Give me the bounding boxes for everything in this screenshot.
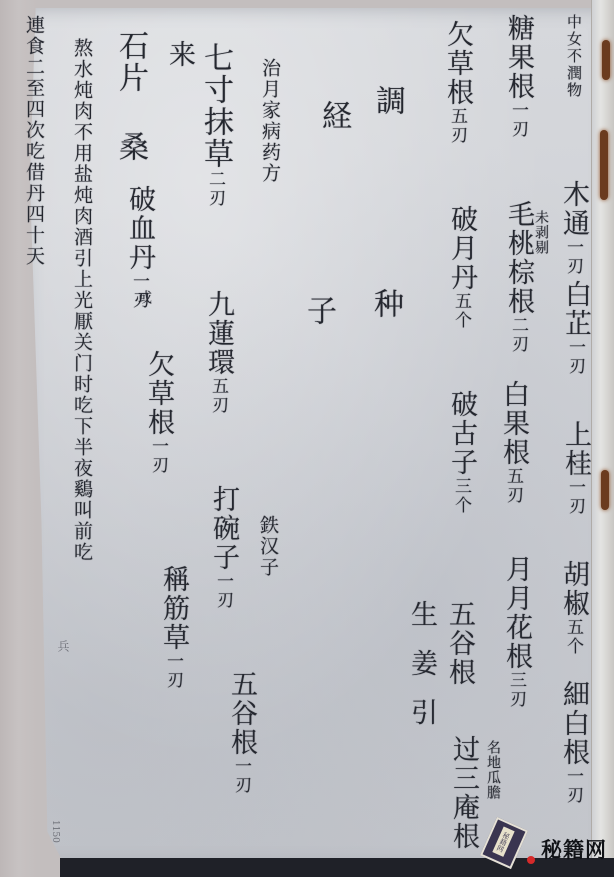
herb-dose: 一刃 — [565, 338, 585, 376]
herb-entry: 木通一刃 — [560, 180, 587, 276]
herb-name: 胡椒 — [558, 560, 589, 618]
herb-name: 毛桃棕根 — [503, 200, 534, 316]
rust-stain — [601, 470, 609, 510]
herb-dose: 一刃 — [563, 767, 583, 805]
herb-entry: 細白根一刃 — [560, 680, 587, 805]
herb-entry: 来 — [166, 40, 193, 69]
herb-entry: 糖果根一刃 — [505, 14, 532, 139]
herb-entry: 破古子三个 — [448, 390, 475, 515]
herb-dose: 五个 — [563, 618, 583, 656]
herb-name: 五谷根 — [444, 600, 475, 687]
page-number-mark: 1150 — [50, 820, 60, 843]
herb-name: 七寸抹草 — [198, 42, 233, 170]
herb-dose: 五刃 — [447, 107, 467, 145]
herb-name: 五谷根 — [226, 670, 257, 757]
herb-entry: 九蓮環五刃 — [205, 290, 232, 415]
herb-entry: 上桂一刃 — [562, 420, 589, 516]
herb-dose: 五个 — [451, 292, 471, 330]
herb-name: 木通 — [558, 180, 589, 238]
herb-entry: 破月丹五个 — [448, 205, 475, 330]
herb-dose: 三个 — [451, 477, 471, 515]
herb-entry: 欠草根五刃 — [444, 20, 471, 145]
herb-dose: 一刃 — [565, 478, 585, 516]
margin-mark: 兵 — [55, 640, 72, 652]
herb-name: 白芷 — [560, 280, 591, 338]
preparation-instructions: 熬水炖肉不用盐炖肉酒引上光厭关门时吃下半夜鷄叫前吃 — [72, 38, 91, 563]
herb-name: 細白根 — [558, 680, 589, 767]
herb-dose: 一刃 — [163, 652, 183, 690]
herb-name: 九蓮環 — [203, 290, 234, 377]
herb-entry: 月月花根三刃 — [503, 555, 530, 709]
herb-dose: 一刃 — [148, 437, 168, 475]
herb-entry: 毛桃棕根二刃 — [505, 200, 532, 354]
rust-stain — [602, 40, 610, 80]
herb-entry: 五谷根一刃 — [228, 670, 255, 795]
herb-annotation: 鉄汉子 — [258, 515, 277, 578]
herb-dose: 一刃 — [231, 757, 251, 795]
herb-name: 月月花根 — [501, 555, 532, 671]
herb-entry: 白芷一刃 — [562, 280, 589, 376]
title-label-left: 経 — [318, 100, 348, 132]
herb-entry: 欠草根一刃 — [145, 350, 172, 475]
site-watermark: 秘籍网 秘籍网 — [487, 828, 607, 864]
herb-entry: 打碗子一刃 — [210, 485, 237, 610]
title-middle-left: 子 — [303, 295, 333, 327]
herb-dose: 二刃 — [508, 316, 528, 354]
herb-name: 打碗子 — [208, 485, 239, 572]
herb-entry-ginger-guide: 生姜引 — [408, 600, 435, 747]
watermark-text: 秘籍网 — [541, 834, 607, 864]
herb-name: 破古子 — [446, 390, 477, 477]
herb-dose: 一刃 — [213, 572, 233, 610]
herb-name: 过三庵根 — [448, 735, 479, 851]
herb-entry: 过三庵根 — [450, 735, 477, 851]
herb-annotation: 未剥剔 — [534, 210, 548, 255]
herb-annotation: 或 — [137, 290, 151, 305]
red-seal-icon — [527, 856, 535, 864]
herb-name: 欠草根 — [442, 20, 473, 107]
title-middle-right: 种 — [370, 288, 400, 320]
herb-entry: 七寸抹草二刃 — [200, 42, 230, 208]
herb-entry: 五谷根 — [446, 600, 473, 687]
herb-entry: 白果根五刃 — [500, 380, 527, 505]
title-large-char-bottom: 𩇰 — [300, 345, 420, 465]
herb-dose: 三刃 — [506, 671, 526, 709]
herb-name: 上桂 — [560, 420, 591, 478]
herb-entry: 石片 桑 — [115, 30, 145, 163]
text-column-heading-note: 中女不潤物 — [566, 14, 581, 99]
herb-entry: 胡椒五个 — [560, 560, 587, 656]
herb-name: 糖果根 — [503, 14, 534, 101]
recipe-heading: 治月家病药方 — [260, 58, 279, 184]
herb-dose: 五刃 — [208, 377, 228, 415]
herb-name: 破血丹 — [124, 185, 155, 272]
herb-dose: 一刃 — [508, 101, 528, 139]
herb-dose: 一刃 — [563, 238, 583, 276]
herb-dose: 二刃 — [205, 170, 225, 208]
herb-name: 稱筋草 — [158, 565, 189, 652]
herb-dose: 五刃 — [503, 467, 523, 505]
herb-annotation: 名地瓜膽 — [486, 740, 500, 800]
rust-stain — [600, 130, 608, 200]
dosage-instructions: 連食二至四次吃借丹四十天 — [24, 15, 43, 267]
title-large-char-top: 𩇯 — [300, 140, 420, 260]
herb-name: 破月丹 — [446, 205, 477, 292]
herb-name: 白果根 — [498, 380, 529, 467]
herb-name: 欠草根 — [143, 350, 174, 437]
herb-entry: 稱筋草一刃 — [160, 565, 187, 690]
title-label-right: 調 — [372, 85, 402, 117]
